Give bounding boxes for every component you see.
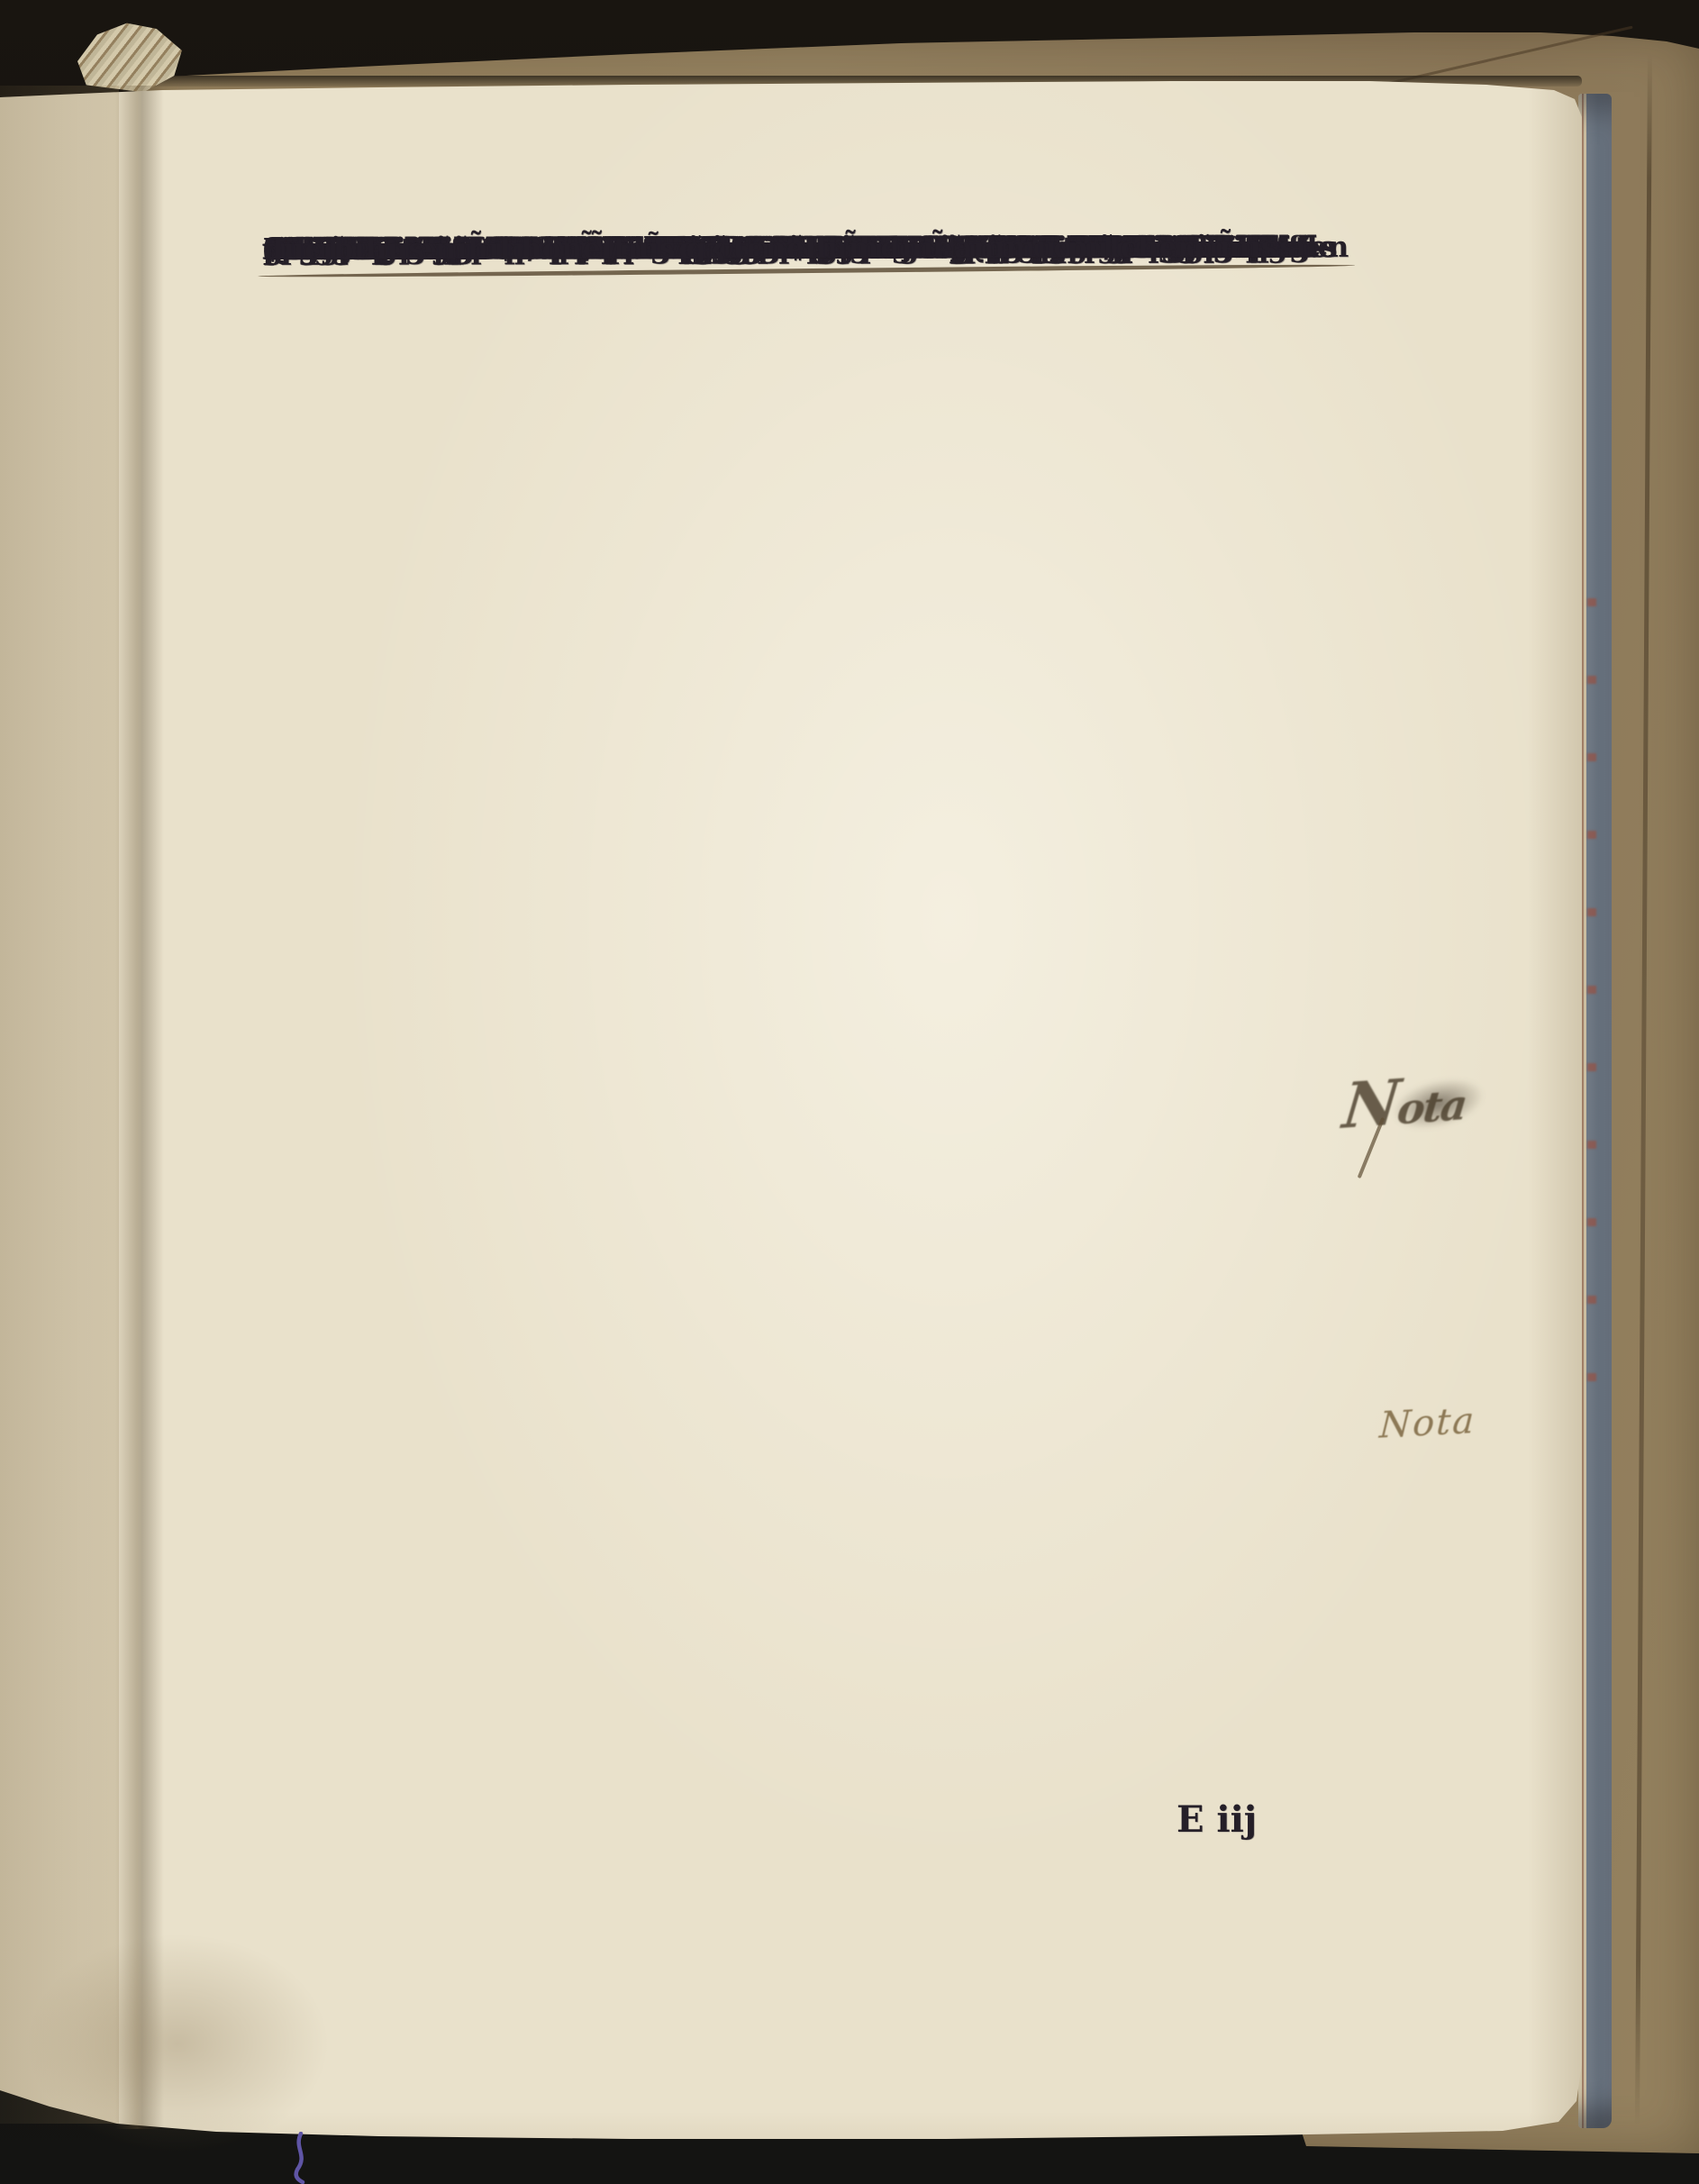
- paper-stain: [27, 1811, 423, 2153]
- margin-note-smudged: Nota: [1340, 1046, 1541, 1180]
- margin-note-nota: Nota: [1378, 1394, 1544, 1478]
- binding-thread: [290, 2132, 317, 2184]
- fore-edge-of-textblock: [1578, 94, 1612, 2128]
- book-scan: Item Qr ſi os tuū impudens nō cohibueris…: [0, 0, 1699, 2184]
- margin-note-text: Nota: [1340, 1067, 1470, 1138]
- text-line: ducibilius.nihil honeſtius q̃ʒ tenellum …: [263, 226, 1336, 271]
- printer-signature: E iij: [1177, 1802, 1257, 1838]
- margin-note-text: Nota: [1378, 1403, 1476, 1444]
